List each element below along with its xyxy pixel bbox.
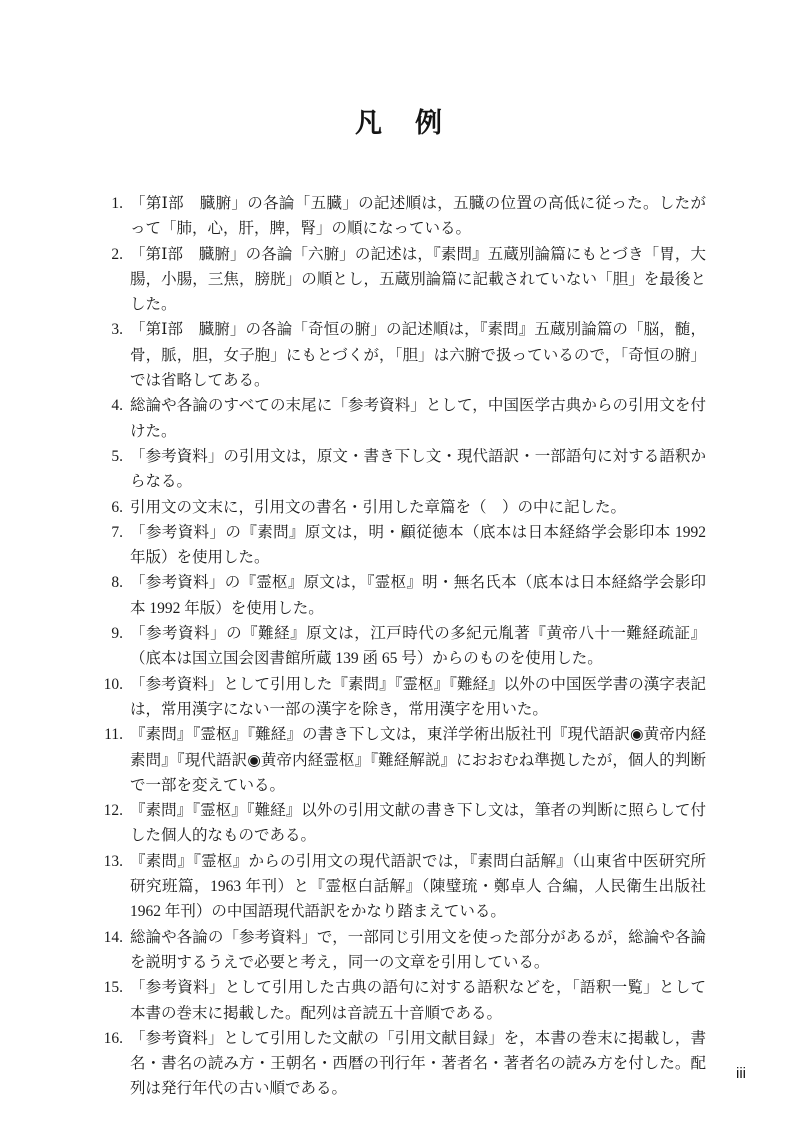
item-number: 14. bbox=[100, 925, 123, 976]
item-number: 13. bbox=[100, 849, 123, 925]
item-number: 5. bbox=[100, 444, 123, 495]
page-number: iii bbox=[736, 1065, 746, 1082]
item-number: 10. bbox=[100, 672, 123, 723]
list-item: 12. 『素問』『霊枢』『難経』以外の引用文献の書き下し文は，筆者の判断に照らし… bbox=[100, 798, 706, 849]
item-text: 「参考資料」の『霊枢』原文は，『霊枢』明・無名氏本（底本は日本経絡学会影印本 1… bbox=[130, 570, 706, 621]
item-text: 「参考資料」として引用した古典の語句に対する語釈などを，「語釈一覧」として本書の… bbox=[130, 975, 706, 1026]
item-number: 7. bbox=[100, 520, 123, 571]
item-text: 「第Ⅰ部 臓腑」の各論「奇恒の腑」の記述順は，『素問』五蔵別論篇の「脳，髄，骨，… bbox=[130, 317, 706, 393]
item-text: 「参考資料」として引用した文献の「引用文献目録」を，本書の巻末に掲載し，書名・書… bbox=[130, 1026, 706, 1102]
item-number: 3. bbox=[100, 317, 123, 393]
list-item: 15. 「参考資料」として引用した古典の語句に対する語釈などを，「語釈一覧」とし… bbox=[100, 975, 706, 1026]
item-number: 4. bbox=[100, 393, 123, 444]
item-number: 6. bbox=[100, 495, 123, 520]
list-item: 2. 「第Ⅰ部 臓腑」の各論「六腑」の記述は，『素問』五蔵別論篇にもとづき「胃，… bbox=[100, 242, 706, 318]
item-text: 引用文の文末に，引用文の書名・引用した章篇を（ ）の中に記した。 bbox=[130, 495, 706, 520]
list-item: 3. 「第Ⅰ部 臓腑」の各論「奇恒の腑」の記述順は，『素問』五蔵別論篇の「脳，髄… bbox=[100, 317, 706, 393]
page-title: 凡 例 bbox=[0, 101, 800, 140]
item-text: 「第Ⅰ部 臓腑」の各論「六腑」の記述は，『素問』五蔵別論篇にもとづき「胃，大腸，… bbox=[130, 242, 706, 318]
list-item: 13. 『素問』『霊枢』からの引用文の現代語訳では，『素問白話解』（山東省中医研… bbox=[100, 849, 706, 925]
item-text: 「参考資料」の『素問』原文は，明・顧従徳本（底本は日本経絡学会影印本 1992 … bbox=[130, 520, 706, 571]
item-number: 1. bbox=[100, 191, 123, 242]
list-item: 10. 「参考資料」として引用した『素問』『霊枢』『難経』以外の中国医学書の漢字… bbox=[100, 672, 706, 723]
item-text: 『素問』『霊枢』からの引用文の現代語訳では，『素問白話解』（山東省中医研究所研究… bbox=[130, 849, 706, 925]
list-item: 4. 総論や各論のすべての末尾に「参考資料」として，中国医学古典からの引用文を付… bbox=[100, 393, 706, 444]
item-number: 8. bbox=[100, 570, 123, 621]
list-item: 8. 「参考資料」の『霊枢』原文は，『霊枢』明・無名氏本（底本は日本経絡学会影印… bbox=[100, 570, 706, 621]
item-number: 2. bbox=[100, 242, 123, 318]
item-text: 『素問』『霊枢』『難経』の書き下し文は，東洋学術出版社刊『現代語訳◉黄帝内経素問… bbox=[130, 722, 706, 798]
item-number: 9. bbox=[100, 621, 123, 672]
item-text: 総論や各論の「参考資料」で，一部同じ引用文を使った部分があるが，総論や各論を説明… bbox=[130, 925, 706, 976]
item-number: 16. bbox=[100, 1026, 123, 1102]
list-item: 6. 引用文の文末に，引用文の書名・引用した章篇を（ ）の中に記した。 bbox=[100, 495, 706, 520]
notes-list: 1. 「第Ⅰ部 臓腑」の各論「五臓」の記述順は，五臓の位置の高低に従った。したが… bbox=[100, 191, 706, 1102]
list-item: 14. 総論や各論の「参考資料」で，一部同じ引用文を使った部分があるが，総論や各… bbox=[100, 925, 706, 976]
book-page: 凡 例 1. 「第Ⅰ部 臓腑」の各論「五臓」の記述順は，五臓の位置の高低に従った… bbox=[0, 0, 800, 1129]
item-text: 「参考資料」の引用文は，原文・書き下し文・現代語訳・一部語句に対する語釈からなる… bbox=[130, 444, 706, 495]
item-text: 「第Ⅰ部 臓腑」の各論「五臓」の記述順は，五臓の位置の高低に従った。したがって「… bbox=[130, 191, 706, 242]
list-item: 1. 「第Ⅰ部 臓腑」の各論「五臓」の記述順は，五臓の位置の高低に従った。したが… bbox=[100, 191, 706, 242]
item-number: 12. bbox=[100, 798, 123, 849]
item-text: 『素問』『霊枢』『難経』以外の引用文献の書き下し文は，筆者の判断に照らして付した… bbox=[130, 798, 706, 849]
item-text: 「参考資料」の『難経』原文は，江戸時代の多紀元胤著『黄帝八十一難経疏証』（底本は… bbox=[130, 621, 706, 672]
list-item: 16. 「参考資料」として引用した文献の「引用文献目録」を，本書の巻末に掲載し，… bbox=[100, 1026, 706, 1102]
item-text: 総論や各論のすべての末尾に「参考資料」として，中国医学古典からの引用文を付けた。 bbox=[130, 393, 706, 444]
item-text: 「参考資料」として引用した『素問』『霊枢』『難経』以外の中国医学書の漢字表記は，… bbox=[130, 672, 706, 723]
item-number: 15. bbox=[100, 975, 123, 1026]
list-item: 7. 「参考資料」の『素問』原文は，明・顧従徳本（底本は日本経絡学会影印本 19… bbox=[100, 520, 706, 571]
list-item: 9. 「参考資料」の『難経』原文は，江戸時代の多紀元胤著『黄帝八十一難経疏証』（… bbox=[100, 621, 706, 672]
list-item: 5. 「参考資料」の引用文は，原文・書き下し文・現代語訳・一部語句に対する語釈か… bbox=[100, 444, 706, 495]
item-number: 11. bbox=[100, 722, 123, 798]
list-item: 11. 『素問』『霊枢』『難経』の書き下し文は，東洋学術出版社刊『現代語訳◉黄帝… bbox=[100, 722, 706, 798]
